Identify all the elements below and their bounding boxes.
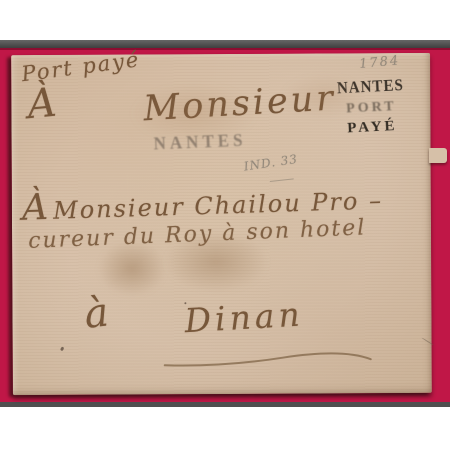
ink-underline-flourish bbox=[163, 351, 375, 368]
paper-speck bbox=[60, 346, 64, 351]
pencil-year-annotation: 1784 bbox=[359, 53, 401, 72]
crimson-mat-background: Port payé 1784 À Monsieur NANTES NANTES … bbox=[0, 48, 450, 402]
scanner-edge-top bbox=[0, 40, 450, 48]
paper-stain bbox=[97, 240, 167, 296]
manuscript-destination: Dinan bbox=[183, 294, 304, 340]
address-prefix-flourish: À bbox=[21, 187, 48, 229]
scanner-edge-bottom bbox=[0, 402, 450, 407]
manuscript-salutation-prefix: À bbox=[25, 80, 58, 128]
paper-stain bbox=[279, 73, 369, 119]
letter-photo: Port payé 1784 À Monsieur NANTES NANTES … bbox=[0, 0, 450, 450]
pencil-scratch-mark bbox=[421, 337, 433, 345]
manuscript-destination-prefix: à bbox=[82, 289, 111, 337]
paper-flap-edge bbox=[429, 148, 447, 163]
paper-stain bbox=[164, 232, 268, 293]
handstamp-line-paye: PAYÉ bbox=[324, 117, 421, 139]
folded-letter-sheet: Port payé 1784 À Monsieur NANTES NANTES … bbox=[11, 53, 432, 395]
paper-speck bbox=[184, 302, 186, 304]
pencil-index-annotation: IND. 33 bbox=[243, 152, 299, 174]
